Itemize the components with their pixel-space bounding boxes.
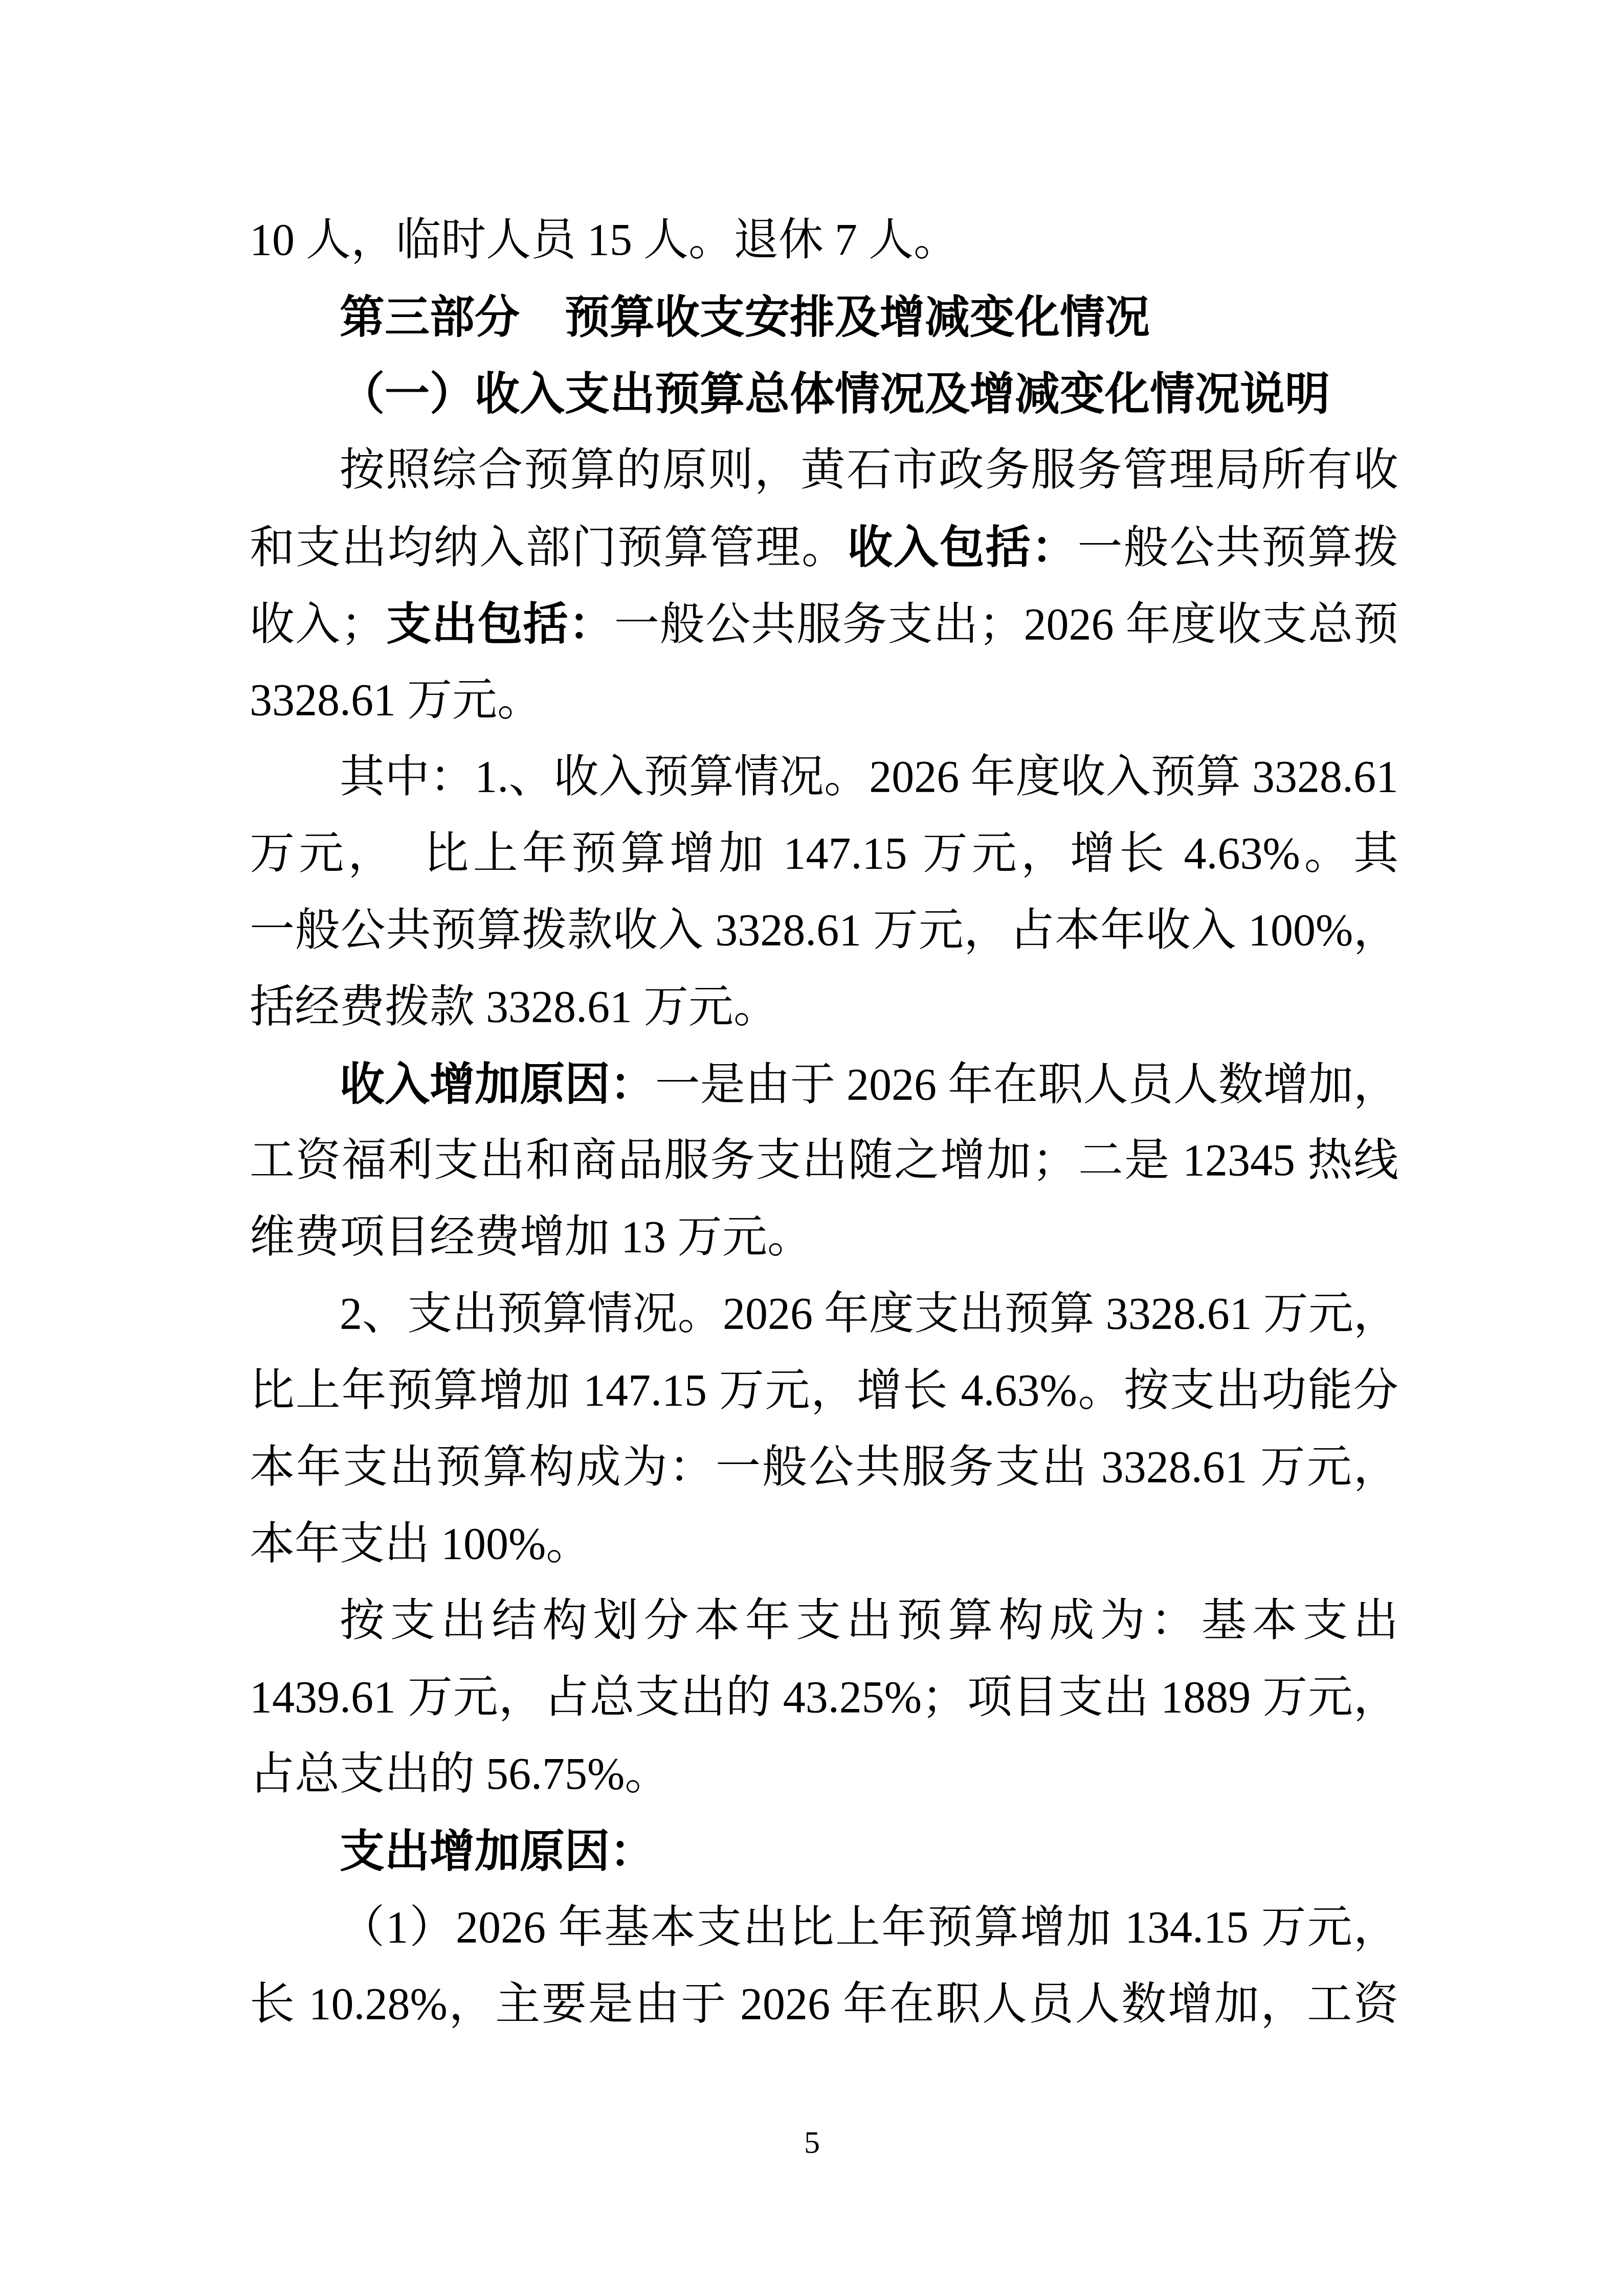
text-run: 其中：1.、收入预算情况。2026 年度收入预算 3328.61	[340, 752, 1398, 802]
text-line: 1439.61 万元，占总支出的 43.25%；项目支出 1889 万元，	[250, 1659, 1398, 1736]
text-run: 万元， 比上年预算增加 147.15 万元，增长 4.63%。其中，	[250, 829, 1398, 892]
text-line: 支出增加原因：	[250, 1813, 1398, 1889]
text-line: 和支出均纳入部门预算管理。收入包括：一般公共预算拨款	[250, 509, 1398, 586]
text-line: （一）收入支出预算总体情况及增减变化情况说明	[250, 355, 1398, 432]
text-run: 维费项目经费增加 13 万元。	[250, 1212, 812, 1262]
text-line: 长 10.28%，主要是由于 2026 年在职人员人数增加，工资福	[250, 1966, 1398, 2043]
text-line: 本年支出 100%。	[250, 1506, 1398, 1583]
text-run: 括经费拨款 3328.61 万元。	[250, 982, 778, 1032]
text-line: 3328.61 万元。	[250, 662, 1398, 739]
text-run: 和支出均纳入部门预算管理。	[250, 523, 848, 573]
text-run: 本年支出 100%。	[250, 1519, 591, 1569]
text-run: 一是由于 2026 年在职人员人数增加，	[655, 1060, 1398, 1110]
text-line: 括经费拨款 3328.61 万元。	[250, 969, 1398, 1046]
text-line: 其中：1.、收入预算情况。2026 年度收入预算 3328.61	[250, 739, 1398, 816]
text-line: 占总支出的 56.75%。	[250, 1736, 1398, 1813]
text-line: 按照综合预算的原则，黄石市政务服务管理局所有收入	[250, 432, 1398, 509]
text-run: 工资福利支出和商品服务支出随之增加；二是 12345 热线运	[250, 1136, 1398, 1199]
text-run: 3328.61 万元。	[250, 676, 542, 725]
text-line: 一般公共预算拨款收入 3328.61 万元，占本年收入 100%，包	[250, 892, 1398, 969]
text-run: 收入；	[250, 600, 386, 649]
document-body: 10 人，临时人员 15 人。退休 7 人。第三部分 预算收支安排及增减变化情况…	[250, 202, 1398, 2043]
text-run: 一般公共预算拨款收入 3328.61 万元，占本年收入 100%，包	[250, 906, 1398, 969]
text-run: 按照综合预算的原则，黄石市政务服务管理局所有收入	[250, 445, 1398, 509]
text-line: 收入增加原因：一是由于 2026 年在职人员人数增加，	[250, 1046, 1398, 1122]
bold-text-run: 收入包括：	[848, 522, 1078, 572]
bold-text-run: 收入增加原因：	[340, 1059, 655, 1109]
text-line: 收入；支出包括：一般公共服务支出；2026 年度收支总预算	[250, 586, 1398, 662]
text-run: 比上年预算增加 147.15 万元，增长 4.63%。按支出功能分类	[250, 1366, 1398, 1429]
bold-text-run: 支出增加原因：	[340, 1826, 655, 1876]
text-line: 10 人，临时人员 15 人。退休 7 人。	[250, 202, 1398, 279]
document-page: 10 人，临时人员 15 人。退休 7 人。第三部分 预算收支安排及增减变化情况…	[0, 0, 1624, 2296]
text-run: 1439.61 万元，占总支出的 43.25%；项目支出 1889 万元，	[250, 1673, 1398, 1722]
text-line: 工资福利支出和商品服务支出随之增加；二是 12345 热线运	[250, 1122, 1398, 1199]
bold-text-run: 第三部分 预算收支安排及增减变化情况	[340, 291, 1150, 342]
text-run: （1）2026 年基本支出比上年预算增加 134.15 万元，增	[250, 1903, 1398, 1966]
text-line: 万元， 比上年预算增加 147.15 万元，增长 4.63%。其中，	[250, 816, 1398, 892]
text-line: 第三部分 预算收支安排及增减变化情况	[250, 279, 1398, 355]
text-line: （1）2026 年基本支出比上年预算增加 134.15 万元，增	[250, 1889, 1398, 1966]
text-line: 按支出结构划分本年支出预算构成为：基本支出	[250, 1583, 1398, 1659]
text-run: 占总支出的 56.75%。	[250, 1749, 670, 1799]
text-line: 2、支出预算情况。2026 年度支出预算 3328.61 万元，	[250, 1276, 1398, 1353]
text-run: 2、支出预算情况。2026 年度支出预算 3328.61 万元，	[340, 1289, 1398, 1339]
text-run: 10 人，临时人员 15 人。退休 7 人。	[250, 215, 959, 265]
page-number: 5	[0, 2111, 1624, 2174]
text-run: 按支出结构划分本年支出预算构成为：基本支出	[340, 1596, 1398, 1646]
text-run: 长 10.28%，主要是由于 2026 年在职人员人数增加，工资福	[250, 1979, 1398, 2043]
text-line: 比上年预算增加 147.15 万元，增长 4.63%。按支出功能分类	[250, 1353, 1398, 1429]
text-run: 本年支出预算构成为：一般公共服务支出 3328.61 万元，占	[250, 1443, 1398, 1506]
text-line: 本年支出预算构成为：一般公共服务支出 3328.61 万元，占	[250, 1429, 1398, 1506]
bold-text-run: （一）收入支出预算总体情况及增减变化情况说明	[340, 368, 1330, 419]
bold-text-run: 支出包括：	[386, 598, 614, 649]
text-line: 维费项目经费增加 13 万元。	[250, 1199, 1398, 1276]
